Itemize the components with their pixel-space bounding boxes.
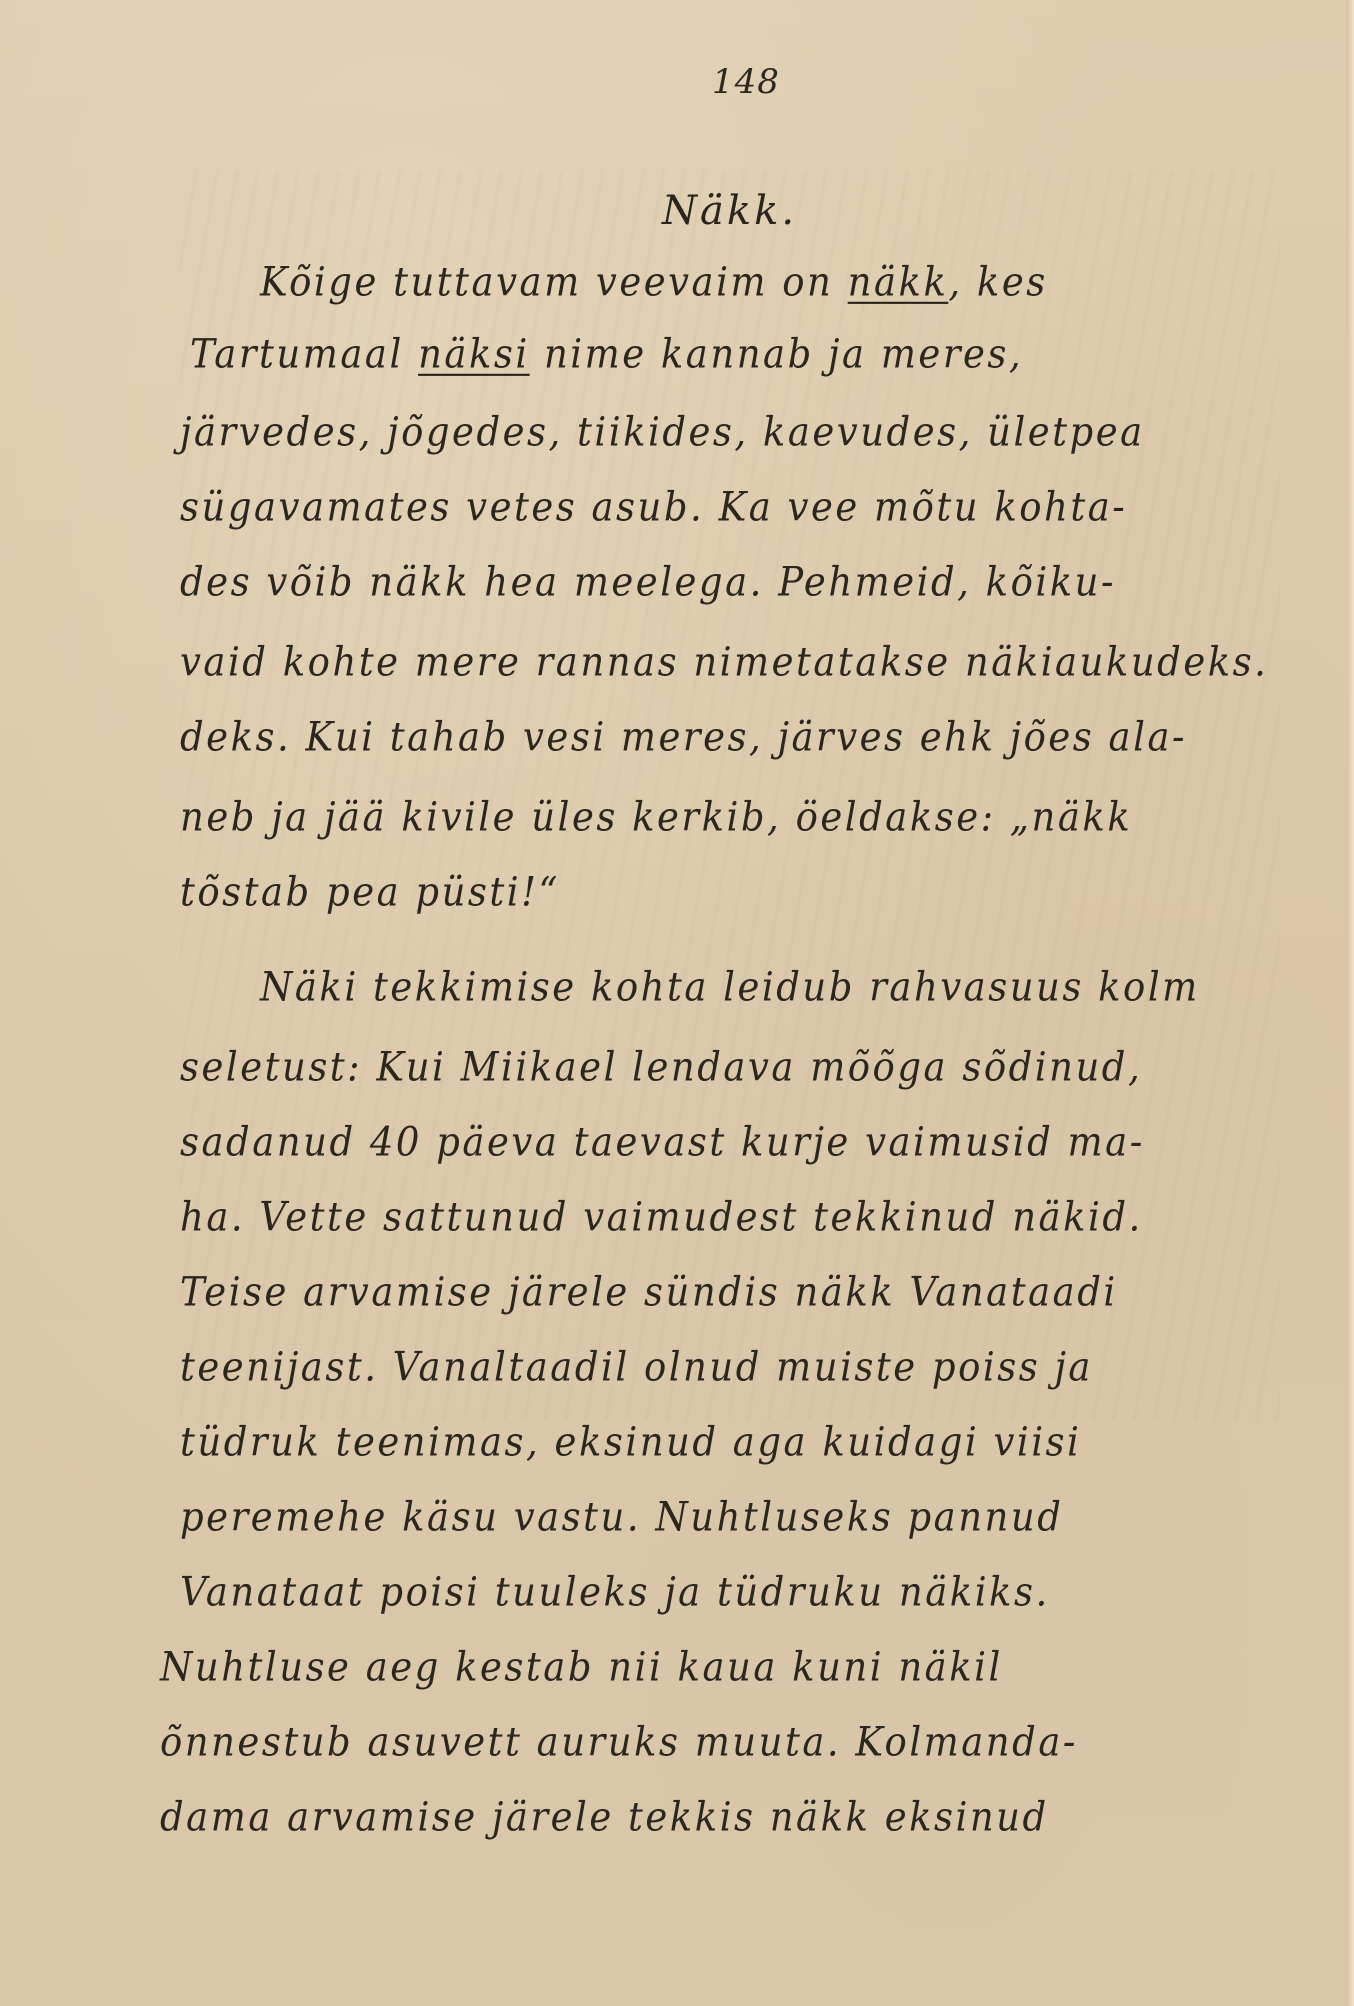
text-line: õnnestub asuvett auruks muuta. Kolmanda- [160, 1719, 1078, 1765]
text-line: Nuhtluse aeg kestab nii kaua kuni näkil [160, 1644, 1003, 1690]
manuscript-page: 148 Näkk. Kõige tuttavam veevaim on näkk… [0, 0, 1354, 2006]
text-line: tõstab pea püsti!“ [180, 869, 560, 915]
underlined-word: näksi [418, 331, 530, 377]
text-line: Näki tekkimise kohta leidub rahvasuus ko… [260, 964, 1200, 1010]
text-line: Kõige tuttavam veevaim on näkk, kes [260, 259, 1048, 305]
text-line: vaid kohte mere rannas nimetatakse näkia… [180, 639, 1268, 685]
text-line: Teise arvamise järele sündis näkk Vanata… [180, 1269, 1118, 1315]
text-line: des võib näkk hea meelega. Pehmeid, kõik… [180, 559, 1116, 605]
text-line: dama arvamise järele tekkis näkk eksinud [160, 1794, 1049, 1840]
text-line: Tartumaal näksi nime kannab ja meres, [190, 331, 1023, 377]
page-title: Näkk. [662, 188, 797, 234]
page-number: 148 [712, 62, 780, 102]
text-line: Vanataat poisi tuuleks ja tüdruku näkiks… [180, 1569, 1050, 1615]
page-edge [1346, 0, 1354, 2006]
text-line: teenijast. Vanaltaadil olnud muiste pois… [180, 1344, 1093, 1390]
text-line: seletust: Kui Miikael lendava mõõga sõdi… [180, 1044, 1142, 1090]
text-line: sügavamates vetes asub. Ka vee mõtu koht… [180, 484, 1127, 530]
text-line: peremehe käsu vastu. Nuhtluseks pannud [180, 1494, 1063, 1540]
text-line: järvedes, jõgedes, tiikides, kaevudes, ü… [180, 409, 1145, 455]
text-line: neb ja jää kivile üles kerkib, öeldakse:… [180, 794, 1132, 840]
text-line: sadanud 40 päeva taevast kurje vaimusid … [180, 1119, 1145, 1165]
text-line: ha. Vette sattunud vaimudest tekkinud nä… [180, 1194, 1143, 1240]
text-line: deks. Kui tahab vesi meres, järves ehk j… [180, 714, 1187, 760]
underlined-word: näkk [848, 259, 949, 305]
text-line: tüdruk teenimas, eksinud aga kuidagi vii… [180, 1419, 1081, 1465]
